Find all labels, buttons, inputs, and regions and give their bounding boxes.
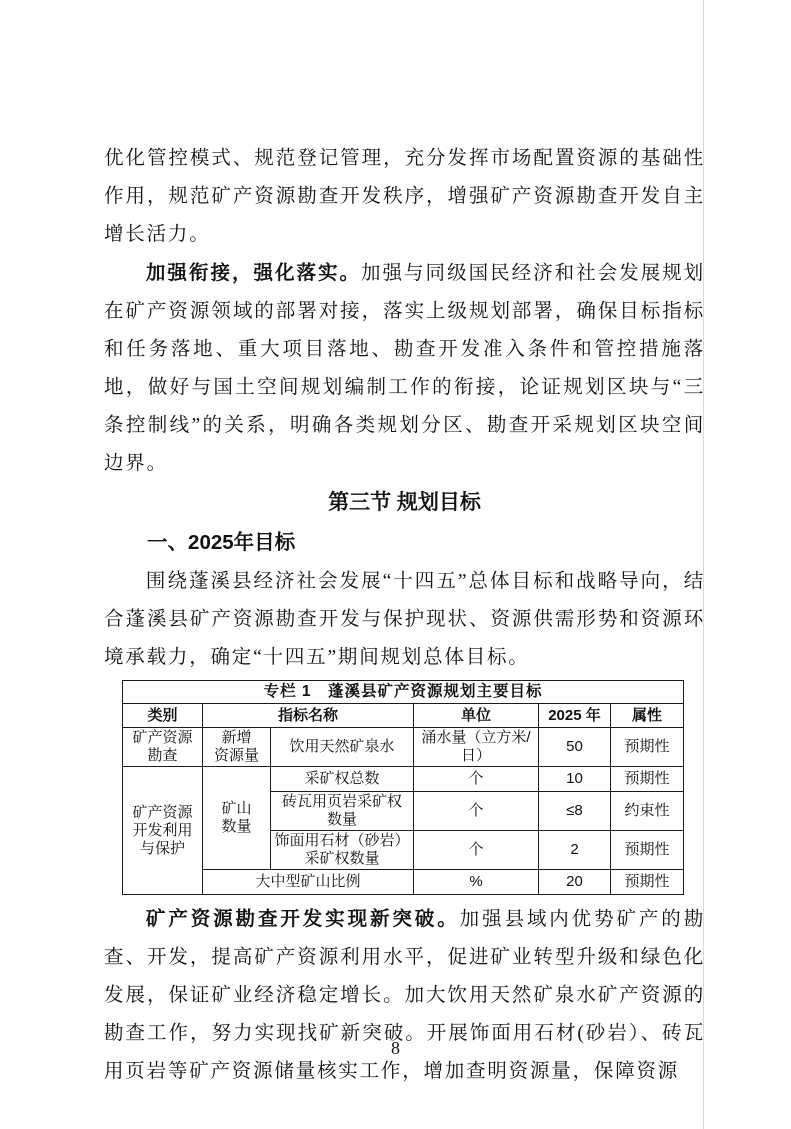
paragraph-management-mode: 优化管控模式、规范登记管理，充分发挥市场配置资源的基础性作用，规范矿产资源勘查开… [104,140,705,254]
table-row: 矿产资源 开发利用 与保护 矿山 数量 采矿权总数 个 10 预期性 [123,767,684,792]
cell-unit: 个 [414,831,539,870]
cell-group-new-resources: 新增 资源量 [203,728,271,767]
cell-value-2025: ≤8 [539,792,611,831]
cell-attribute: 预期性 [611,728,684,767]
cell-unit: 个 [414,792,539,831]
cell-value-2025: 20 [539,870,611,895]
col-header-attribute: 属性 [611,704,684,728]
subsection-heading: 一、2025年目标 [104,523,705,563]
cell-value-2025: 10 [539,767,611,792]
cell-category-development: 矿产资源 开发利用 与保护 [123,767,203,895]
col-header-unit: 单位 [414,704,539,728]
cell-indicator-total-mining-rights: 采矿权总数 [271,767,414,792]
cell-unit-water-flow: 涌水量（立方米/ 日） [414,728,539,767]
paragraph-strengthen-linkage: 加强衔接，强化落实。加强与同级国民经济和社会发展规划在矿产资源领域的部署对接，落… [104,254,705,483]
cell-unit: 个 [414,767,539,792]
cell-indicator-facing-stone: 饰面用石材（砂岩） 采矿权数量 [271,831,414,870]
col-header-year: 2025 年 [539,704,611,728]
paragraph-lead-bold: 加强衔接，强化落实。 [146,262,361,284]
cell-indicator-mineral-water: 饮用天然矿泉水 [271,728,414,767]
cell-attribute: 预期性 [611,870,684,895]
paragraph-overall-goals: 围绕蓬溪县经济社会发展“十四五”总体目标和战略导向，结合蓬溪县矿产资源勘查开发与… [104,563,705,677]
cell-unit: % [414,870,539,895]
col-header-category: 类别 [123,704,203,728]
paragraph-lead-bold: 矿产资源勘查开发实现新突破。 [146,908,460,930]
page-content: 优化管控模式、规范登记管理，充分发挥市场配置资源的基础性作用，规范矿产资源勘查开… [104,140,705,1091]
section-heading: 第三节 规划目标 [104,483,705,523]
goals-table: 专栏 1 蓬溪县矿产资源规划主要目标 类别 指标名称 单位 2025 年 属性 … [122,680,684,895]
page-number: 8 [0,1038,791,1059]
cell-value-2025: 50 [539,728,611,767]
goals-table-wrapper: 专栏 1 蓬溪县矿产资源规划主要目标 类别 指标名称 单位 2025 年 属性 … [122,680,705,895]
cell-indicator-brick-shale: 砖瓦用页岩采矿权 数量 [271,792,414,831]
document-page: 优化管控模式、规范登记管理，充分发挥市场配置资源的基础性作用，规范矿产资源勘查开… [0,0,791,1129]
table-row: 矿产资源 勘查 新增 资源量 饮用天然矿泉水 涌水量（立方米/ 日） 50 预期… [123,728,684,767]
cell-group-mine-count: 矿山 数量 [203,767,271,870]
table-title: 专栏 1 蓬溪县矿产资源规划主要目标 [123,681,684,704]
cell-indicator-large-medium-ratio: 大中型矿山比例 [203,870,414,895]
cell-attribute: 预期性 [611,767,684,792]
paragraph-exploration-breakthrough: 矿产资源勘查开发实现新突破。加强县域内优势矿产的勘查、开发，提高矿产资源利用水平… [104,900,705,1091]
cell-attribute: 预期性 [611,831,684,870]
paragraph-text: 加强与同级国民经济和社会发展规划在矿产资源领域的部署对接，落实上级规划部署，确保… [104,263,705,474]
table-row: 大中型矿山比例 % 20 预期性 [123,870,684,895]
col-header-indicator: 指标名称 [203,704,414,728]
cell-attribute: 约束性 [611,792,684,831]
cell-category-exploration: 矿产资源 勘查 [123,728,203,767]
cell-value-2025: 2 [539,831,611,870]
